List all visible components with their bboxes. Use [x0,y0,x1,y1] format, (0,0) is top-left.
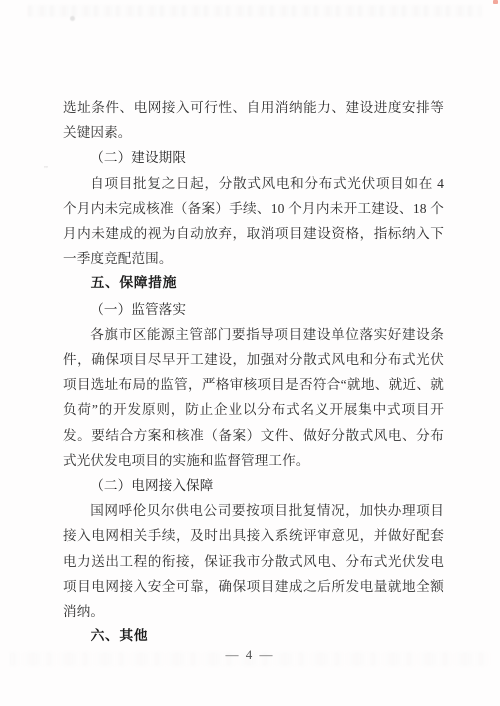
body-paragraph: 选址条件、电网接入可行性、自用消纳能力、建设进度安排等关键因素。 [63,95,444,145]
document-page: ,, 选址条件、电网接入可行性、自用消纳能力、建设进度安排等关键因素。（二）建设… [0,0,500,706]
subsection-heading: （一）监管落实 [63,297,444,322]
body-paragraph: 自项目批复之日起，分散式风电和分布式光伏项目如在 4 个月内未完成核准（备案）手… [63,171,444,272]
subsection-heading: （二）建设期限 [63,145,444,170]
body-paragraph: 国网呼伦贝尔供电公司要按项目批复情况，加快办理项目接入电网相关手续，及时出具接入… [63,498,444,624]
body-paragraph: 各旗市区能源主管部门要指导项目建设单位落实好建设条件，确保项目尽早开工建设，加强… [63,322,444,473]
scan-noise-artifact [28,5,482,17]
document-content: 选址条件、电网接入可行性、自用消纳能力、建设进度安排等关键因素。（二）建设期限自… [63,95,444,649]
gray-speck-artifact [70,16,75,21]
scan-noise-artifact-bottom [10,652,490,666]
red-mark-artifact [493,0,498,4]
margin-dots-artifact: ,, [44,160,52,164]
subsection-heading: （二）电网接入保障 [63,473,444,498]
section-heading: 五、保障措施 [63,271,444,296]
